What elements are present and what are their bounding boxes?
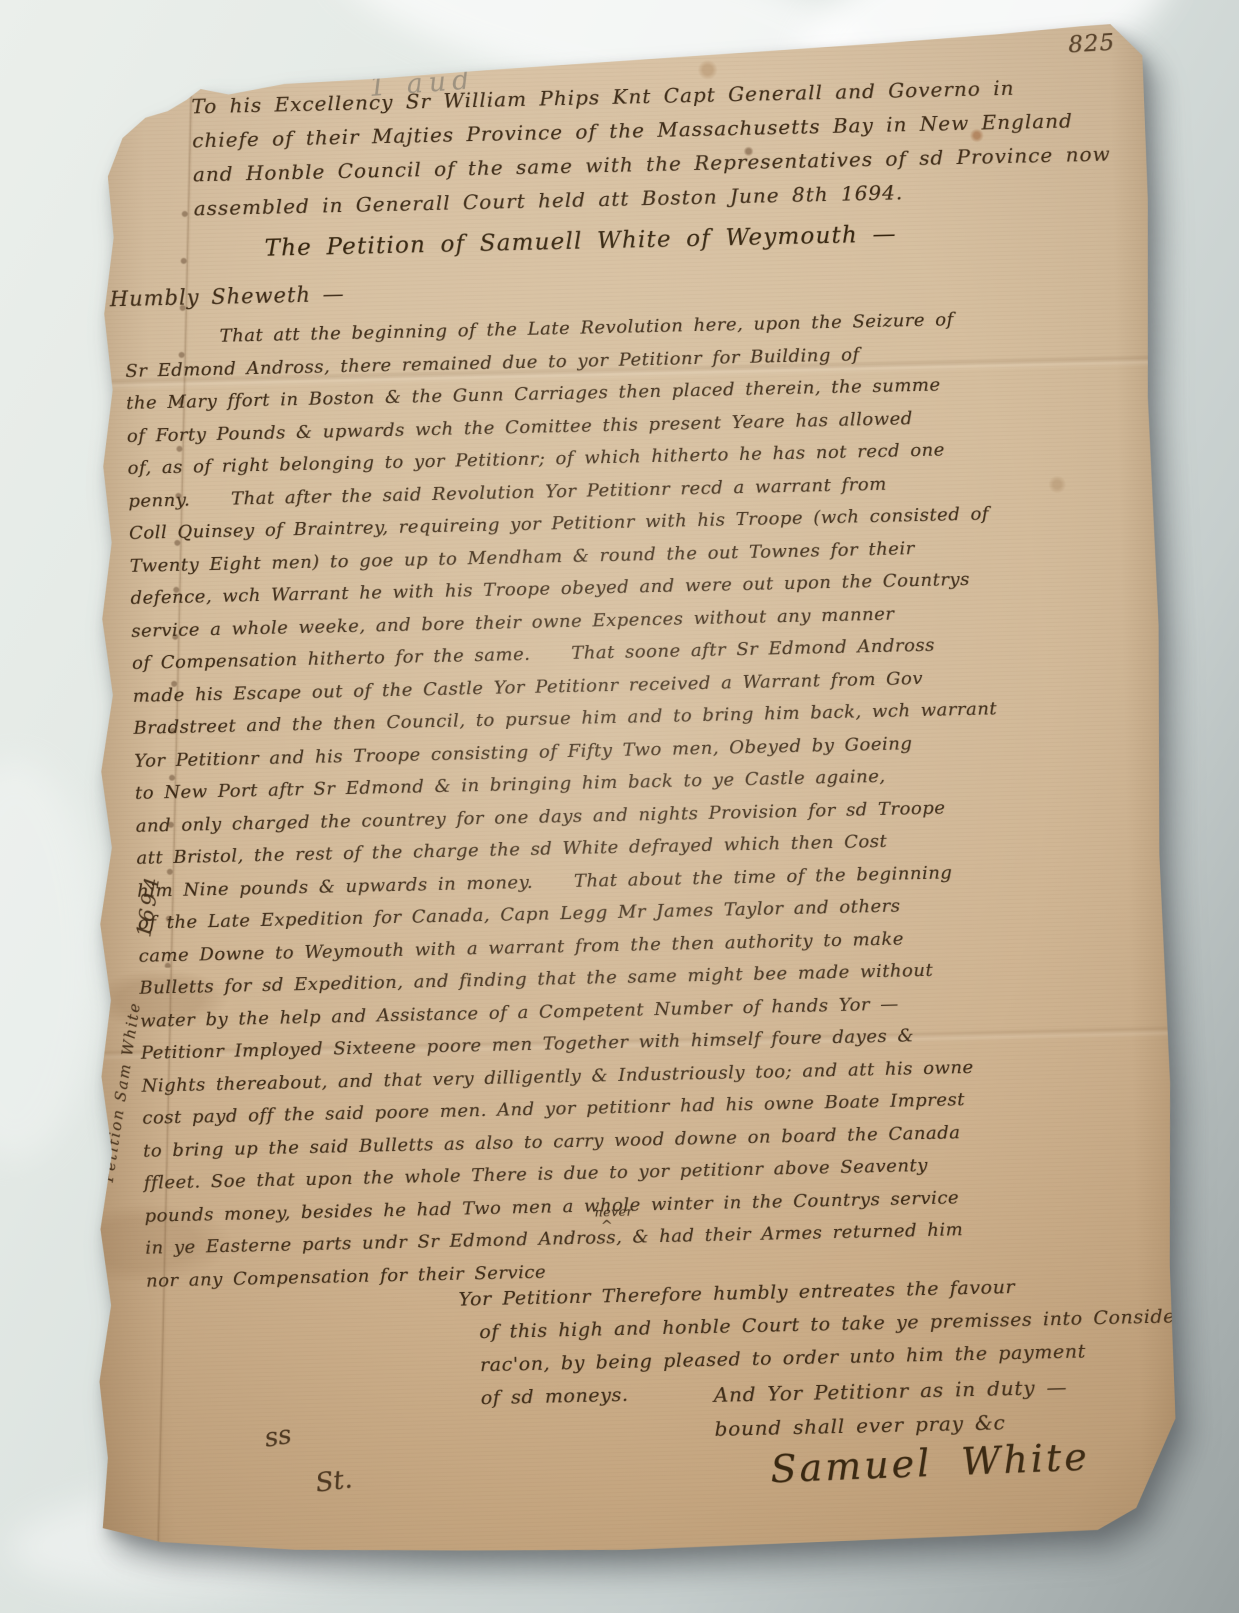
petition-body: That att the beginning of the Late Revol… <box>124 300 1146 1297</box>
caret-mark: ^ <box>601 1220 613 1232</box>
valediction: And Yor Petitionr as in duty —bound shal… <box>713 1370 1068 1446</box>
inserted-word: never <box>594 1206 633 1219</box>
margin-mark: St. <box>314 1464 354 1498</box>
archival-scan: 825 1 aud To his Excellency Sr William P… <box>0 0 1239 1613</box>
address-heading: To his Excellency Sr William Phips Knt C… <box>191 68 1124 225</box>
petition-title: The Petition of Samuell White of Weymout… <box>264 221 897 261</box>
page-number: 825 <box>1068 30 1116 59</box>
manuscript-page: 825 1 aud To his Excellency Sr William P… <box>38 16 1187 1566</box>
margin-mark: ss <box>262 1420 293 1454</box>
salutation: Humbly Sheweth — <box>109 282 344 311</box>
paper-sheet: 825 1 aud To his Excellency Sr William P… <box>38 16 1187 1566</box>
interlinear-insertion: never ^ <box>594 1206 633 1233</box>
